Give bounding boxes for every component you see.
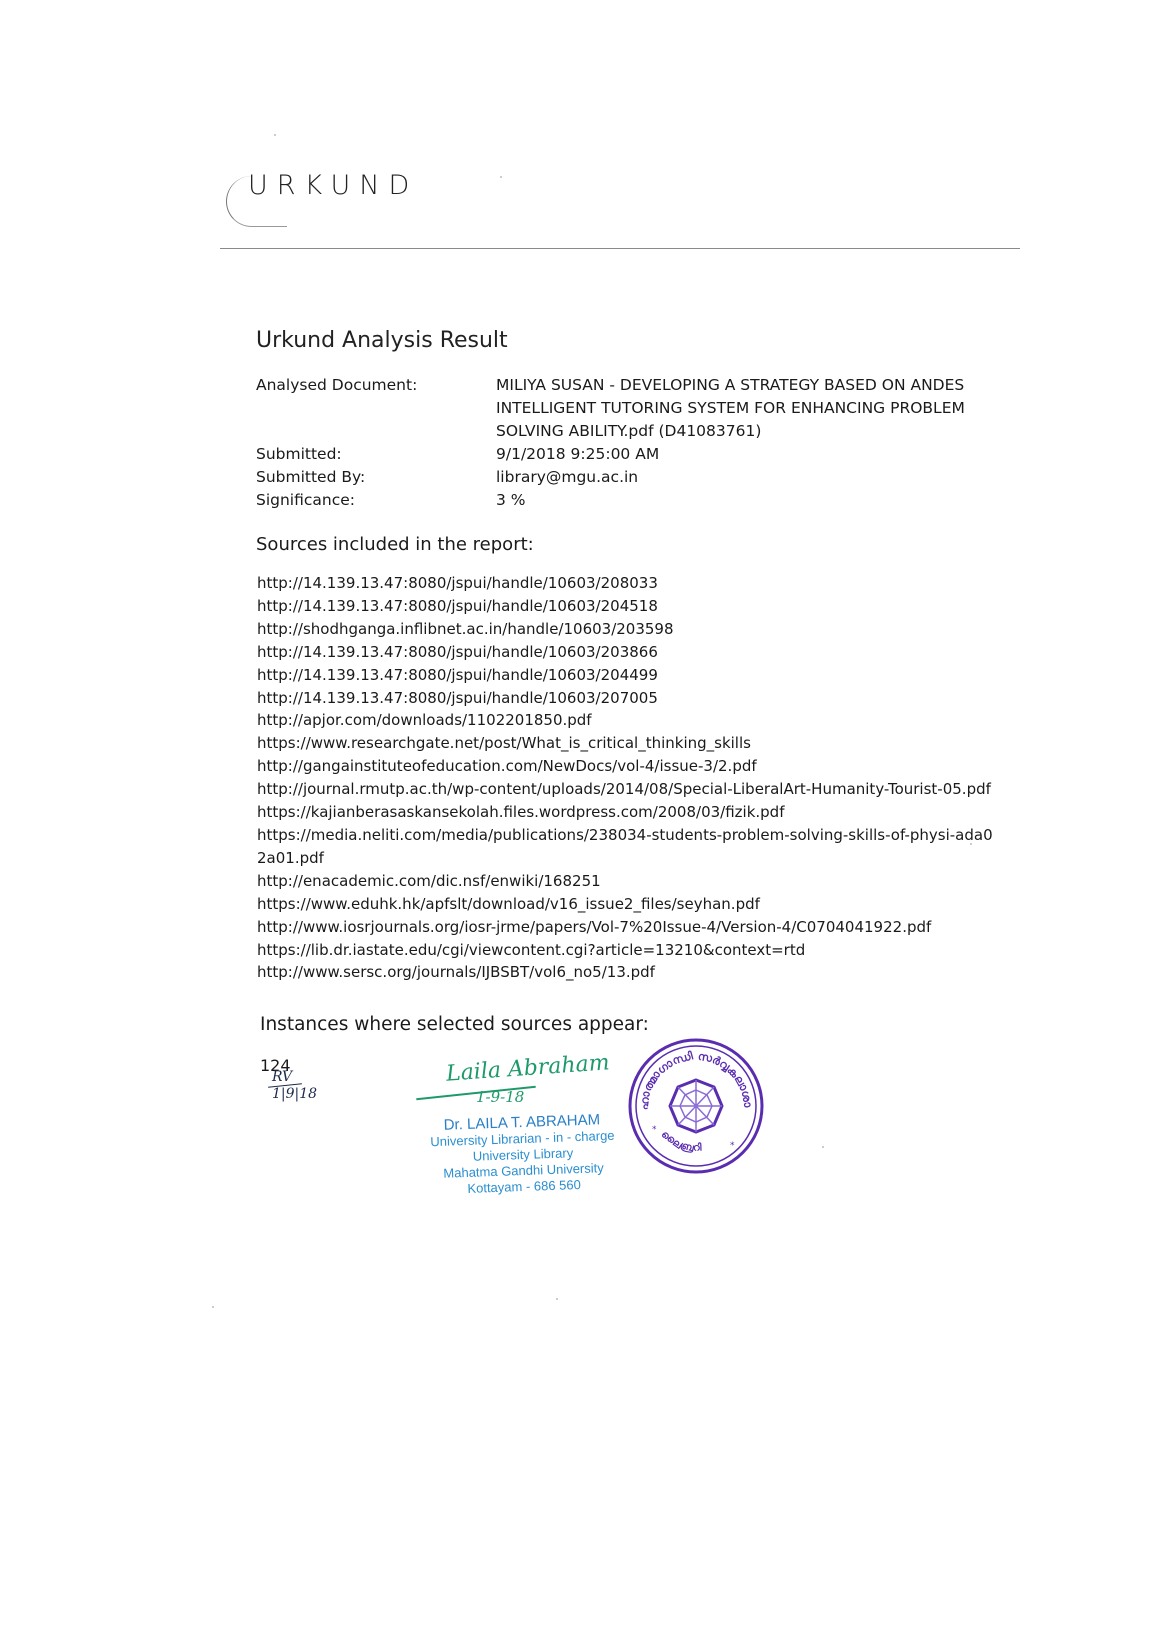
- report-metadata: Analysed Document: MILIYA SUSAN - DEVELO…: [256, 374, 996, 512]
- field-submitted: Submitted: 9/1/2018 9:25:00 AM: [256, 443, 996, 466]
- scan-artifact: [274, 134, 276, 136]
- source-link: http://apjor.com/downloads/1102201850.pd…: [257, 709, 997, 732]
- source-link: http://14.139.13.47:8080/jspui/handle/10…: [257, 641, 997, 664]
- signature-script: Laila Abraham: [445, 1050, 610, 1086]
- scan-artifact: [212, 1306, 214, 1308]
- librarian-stamp: Dr. LAILA T. ABRAHAM University Libraria…: [417, 1110, 630, 1198]
- source-link: http://14.139.13.47:8080/jspui/handle/10…: [257, 572, 997, 595]
- seal-emblem-icon: മഹാത്മാഗാന്ധി സർവ്വകലാശാല ലൈബ്രറി * *: [626, 1036, 766, 1176]
- librarian-signature: Laila Abraham 1-9-18: [416, 1052, 616, 1112]
- header-divider: [220, 248, 1020, 249]
- field-label: Significance:: [256, 489, 496, 512]
- report-title: Urkund Analysis Result: [256, 328, 508, 353]
- source-link: https://kajianberasaskansekolah.files.wo…: [257, 801, 997, 824]
- source-link: http://14.139.13.47:8080/jspui/handle/10…: [257, 595, 997, 618]
- scan-artifact: [556, 1298, 558, 1300]
- field-significance: Significance: 3 %: [256, 489, 996, 512]
- scan-artifact: [500, 176, 502, 178]
- urkund-logo: URKUND: [226, 166, 486, 226]
- instances-heading: Instances where selected sources appear:: [260, 1014, 649, 1035]
- sources-list: http://14.139.13.47:8080/jspui/handle/10…: [257, 572, 997, 984]
- initials-text: RV: [272, 1070, 317, 1084]
- source-link: http://14.139.13.47:8080/jspui/handle/10…: [257, 687, 997, 710]
- field-submitted-by: Submitted By: library@mgu.ac.in: [256, 466, 996, 489]
- svg-text:*: *: [652, 1125, 657, 1135]
- university-seal: മഹാത്മാഗാന്ധി സർവ്വകലാശാല ലൈബ്രറി * *: [626, 1036, 766, 1176]
- scan-artifact: [970, 843, 972, 845]
- source-link: http://www.iosrjournals.org/iosr-jrme/pa…: [257, 916, 997, 939]
- field-analysed-document: Analysed Document: MILIYA SUSAN - DEVELO…: [256, 374, 996, 443]
- logo-text: URKUND: [248, 170, 418, 201]
- svg-text:*: *: [730, 1141, 735, 1151]
- source-link: http://gangainstituteofeducation.com/New…: [257, 755, 997, 778]
- source-link: https://lib.dr.iastate.edu/cgi/viewconte…: [257, 939, 997, 962]
- field-value: MILIYA SUSAN - DEVELOPING A STRATEGY BAS…: [496, 374, 996, 443]
- source-link: http://www.sersc.org/journals/IJBSBT/vol…: [257, 961, 997, 984]
- source-link: http://enacademic.com/dic.nsf/enwiki/168…: [257, 870, 997, 893]
- field-value: library@mgu.ac.in: [496, 466, 996, 489]
- source-link: http://shodhganga.inflibnet.ac.in/handle…: [257, 618, 997, 641]
- source-link: https://www.researchgate.net/post/What_i…: [257, 732, 997, 755]
- field-value: 9/1/2018 9:25:00 AM: [496, 443, 996, 466]
- source-link: http://journal.rmutp.ac.th/wp-content/up…: [257, 778, 997, 801]
- source-link: https://media.neliti.com/media/publicati…: [257, 824, 997, 870]
- field-label: Submitted By:: [256, 466, 496, 489]
- field-label: Analysed Document:: [256, 374, 496, 443]
- handwritten-initials: RV 1|9|18: [272, 1070, 317, 1101]
- source-link: http://14.139.13.47:8080/jspui/handle/10…: [257, 664, 997, 687]
- field-value: 3 %: [496, 489, 996, 512]
- field-label: Submitted:: [256, 443, 496, 466]
- initials-date: 1|9|18: [272, 1087, 317, 1101]
- source-link: https://www.eduhk.hk/apfslt/download/v16…: [257, 893, 997, 916]
- signature-date: 1-9-18: [476, 1088, 524, 1106]
- scan-artifact: [822, 1146, 824, 1148]
- sources-heading: Sources included in the report:: [256, 534, 534, 555]
